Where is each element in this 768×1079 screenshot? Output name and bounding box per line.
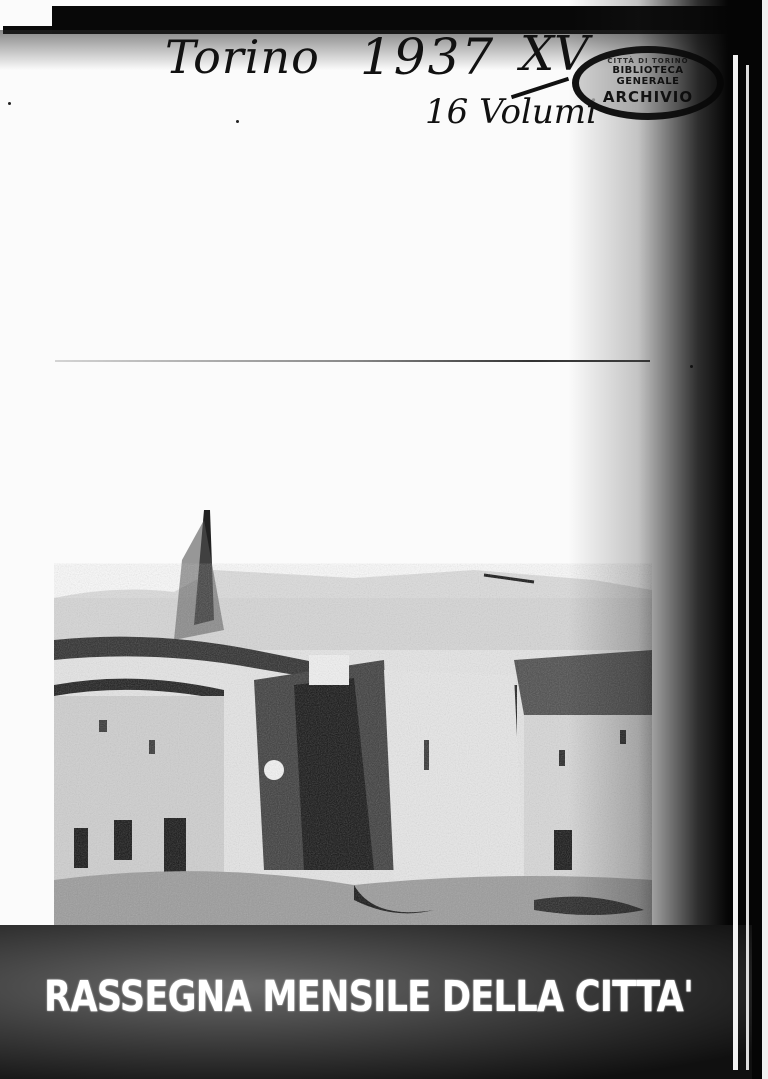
dust-speck (236, 120, 239, 123)
scanned-cover-page: Torino 1937 XV 16 Volumi CITTÀ DI TORINO… (0, 0, 768, 1079)
scan-shadow-right (568, 0, 768, 1079)
spine-edge-line (746, 65, 749, 1070)
scan-margin-right (762, 0, 768, 1079)
printed-rule-line (55, 360, 650, 362)
dust-speck (8, 102, 11, 105)
handwritten-city: Torino (165, 30, 320, 84)
cover-title: RASSEGNA MENSILE DELLA CITTA' (44, 972, 569, 1032)
spine-edge-line (733, 55, 738, 1070)
handwritten-year: 1937 (360, 28, 495, 86)
street-sketch-image (54, 500, 652, 940)
cover-illustration (54, 500, 652, 940)
